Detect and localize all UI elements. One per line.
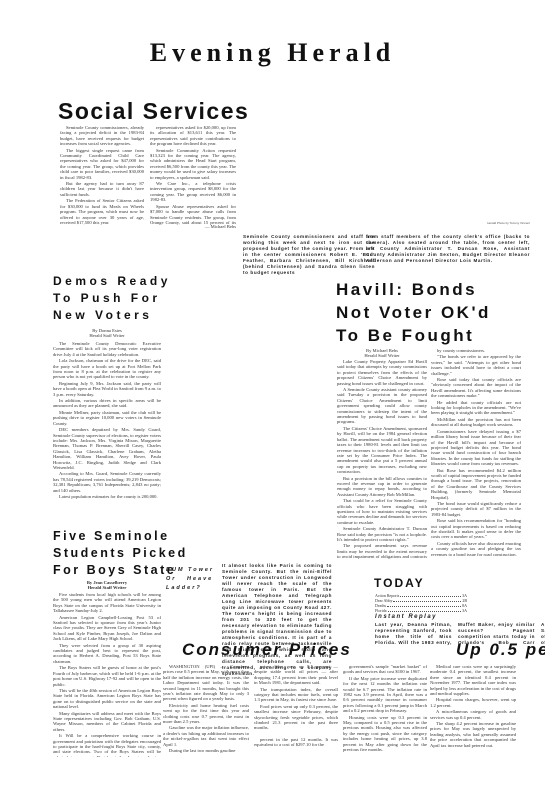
leader-dots xyxy=(400,593,461,597)
today-item[interactable]: Florida3A xyxy=(375,608,467,613)
paragraph: representatives asked for $20,000, up fr… xyxy=(150,125,236,147)
paragraph: prices have gone up 8.5 percent — despit… xyxy=(254,664,338,686)
paragraph: Five students from local high schools wi… xyxy=(53,592,161,614)
consumer-col2: prices have gone up 8.5 percent — despit… xyxy=(254,664,338,756)
leader-dots xyxy=(387,603,461,607)
paragraph: In addition, various drives in specific … xyxy=(53,398,161,409)
social-services-byline: — Michael Behs xyxy=(190,224,236,229)
paragraph: government's sample "market basket" of g… xyxy=(343,664,427,675)
paragraph: Seminole Community Action requested $13,… xyxy=(150,148,236,180)
masthead-title: Evening Herald xyxy=(0,38,545,68)
headline-line: To Be Fought xyxy=(336,324,491,347)
havill-byline: By Michael Behs Herald Staff Writer xyxy=(337,348,427,359)
item-label: Florida xyxy=(375,608,387,613)
paragraph: percent in the past 12 months. It was eq… xyxy=(254,737,338,748)
headline-line: Five Seminole xyxy=(53,528,188,545)
tower-photo-title: BUM Tower Or Heave Ladder? xyxy=(166,566,216,593)
item-page: 3A xyxy=(462,608,467,613)
paragraph: According to Mrs. Goard, Seminole County… xyxy=(53,471,161,493)
paragraph: Seminole County Administrator T. Duncan … xyxy=(337,526,427,542)
paragraph: The Citizens' Choice Amendment, sponsore… xyxy=(337,426,427,475)
paragraph: Many dignitaries will address and meet w… xyxy=(53,711,161,733)
headline-line: Students Picked xyxy=(53,545,188,562)
demos-headline: Demos Ready To Push For New Voters xyxy=(53,273,171,324)
byline-role: Herald Staff Writer xyxy=(337,353,427,358)
photo-caption-left: Seminole County commissioners and staff … xyxy=(243,234,375,276)
paragraph: Minnie Mellner, party chairman, said the… xyxy=(53,410,161,426)
consumer-col4: Medical care costs were up a surprisingl… xyxy=(430,664,516,756)
paragraph: Spouse Abuse representatives asked for $… xyxy=(150,204,236,225)
paragraph: If the May price increase were duplicate… xyxy=(343,676,427,714)
photo-caption-right: from staff members of the county clerk's… xyxy=(366,234,530,264)
paragraph: Latest population estimates for the coun… xyxy=(53,494,161,499)
havill-col1: Lake County Property Appraiser Ed Havill… xyxy=(337,359,427,559)
social-services-col2: representatives asked for $20,000, up fr… xyxy=(150,125,236,225)
paragraph: Beginning July 9, Mrs. Jackson said, the… xyxy=(53,381,161,397)
paragraph: But a provision in the bill allows count… xyxy=(337,476,427,498)
today-index: Action Reports3A Dear Abby2B Deaths8A Fl… xyxy=(375,593,467,613)
leader-dots xyxy=(388,608,462,612)
paragraph: by county commissioners. xyxy=(431,348,521,353)
paragraph: The biggest single request came from Com… xyxy=(60,148,144,180)
paragraph: A miscellaneous category of goods and se… xyxy=(430,709,516,720)
consumer-col1: WASHINGTON (UPI) — Consumer prices rose … xyxy=(163,664,249,756)
consumer-col3: government's sample "market basket" of g… xyxy=(343,664,427,756)
paragraph: "The bonds we refer to are approved by t… xyxy=(431,354,521,376)
paragraph: Commissioners have delayed issuing a $7 … xyxy=(431,429,521,467)
paragraph: The Seminole County Democratic Executive… xyxy=(53,341,161,357)
consumer-prices-headline: Consumer Prices xyxy=(182,640,352,660)
photo-credit: Herald Photo by Tommy Vincent xyxy=(450,221,530,225)
boys-state-byline: By Jean Casselberry Herald Staff Writer xyxy=(53,580,161,591)
title-line: BUM Tower xyxy=(166,566,216,575)
paragraph: We Care Inc., a telephone crisis interve… xyxy=(150,181,236,203)
paragraph: The Boys Staters will be guests of honor… xyxy=(53,665,161,687)
headline-line: Havill: Bonds xyxy=(336,278,491,301)
paragraph: WASHINGTON (UPI) — Consumer prices rose … xyxy=(163,664,249,702)
paragraph: Lola Jackson, chairman of the drive for … xyxy=(53,358,161,380)
paragraph: Rose said today that county officials ar… xyxy=(431,377,521,399)
paragraph: Rose said his recommendation for "bondin… xyxy=(431,518,521,540)
paragraph: Gasoline was the major inflation influen… xyxy=(163,725,249,747)
paragraph: Under the terms explained by Havill, the… xyxy=(431,558,521,559)
paragraph: But Rose has recommended $4.2 million wo… xyxy=(431,468,521,500)
title-line: Or Heave xyxy=(166,575,216,584)
paragraph: During the last two months gasoline xyxy=(163,748,249,753)
paragraph: They were selected from a group of 30 as… xyxy=(53,643,161,665)
paragraph: The Federation of Senior Citizens asked … xyxy=(60,198,144,225)
paragraph: Lake County Property Appraiser Ed Havill… xyxy=(337,359,427,386)
paragraph: The proposed amendment says revenue limi… xyxy=(337,543,427,559)
paragraph: The sharp 4.2 percent increase in gasoli… xyxy=(430,721,516,748)
instant-replay-title: Instant Replay xyxy=(375,614,437,620)
boys-state-body: Five students from local high schools wi… xyxy=(53,592,161,757)
paragraph: Seminole County commissioners, already f… xyxy=(60,125,144,147)
headline-line: Not Voter OK'd xyxy=(336,301,491,324)
demos-body: The Seminole County Democratic Executive… xyxy=(53,341,161,499)
demos-byline: By Donna Estes Herald Staff Writer xyxy=(53,328,161,339)
paragraph: American Legion Campbell-Lossing Post 53… xyxy=(53,615,161,642)
paragraph: County officials have also discussed ena… xyxy=(431,541,521,557)
social-services-col1: Seminole County commissioners, already f… xyxy=(60,125,144,225)
paragraph: A Seminole County assistant county attor… xyxy=(337,387,427,425)
byline-role: Herald Staff Writer xyxy=(53,333,161,338)
headline-line: New Voters xyxy=(53,307,171,324)
today-title: TODAY xyxy=(374,576,425,590)
paragraph: He added that county officials are not l… xyxy=(431,400,521,416)
paragraph: It Will be a comprehensive working cours… xyxy=(53,733,161,757)
paragraph: Hospital room charges, however, went up … xyxy=(430,697,516,708)
paragraph: The bond issue would significantly reduc… xyxy=(431,501,521,517)
paragraph: Food prices went up only 0.3 percent, th… xyxy=(254,704,338,731)
paragraph: This will be the 40th session of America… xyxy=(53,688,161,710)
consumer-prices-headline-right: Up 0.5 percent xyxy=(456,640,545,660)
leader-dots xyxy=(393,598,461,602)
havill-col2: by county commissioners. "The bonds we r… xyxy=(431,348,521,559)
headline-line: Demos Ready xyxy=(53,273,171,290)
byline-role: Herald Staff Writer xyxy=(53,585,161,590)
headline-line: To Push For xyxy=(53,290,171,307)
social-services-headline: Social Services xyxy=(58,98,249,125)
paragraph: But the agency had to turn away 87 child… xyxy=(60,181,144,197)
havill-headline: Havill: Bonds Not Voter OK'd To Be Fough… xyxy=(336,278,491,347)
paragraph: McMillan said the provision has not been… xyxy=(431,417,521,428)
paragraph: Electricity and home heating fuel costs … xyxy=(163,703,249,725)
paragraph: Medical care costs were up a surprisingl… xyxy=(430,664,516,696)
title-line: Ladder? xyxy=(166,584,216,593)
paragraph: That could be a relief for Seminole Coun… xyxy=(337,498,427,525)
paragraph: The transportation index, the overall ca… xyxy=(254,687,338,703)
paragraph: Housing costs were up 0.3 percent in May… xyxy=(343,715,427,753)
paragraph: DEC members deputized by Mrs. Sandy Goar… xyxy=(53,427,161,470)
